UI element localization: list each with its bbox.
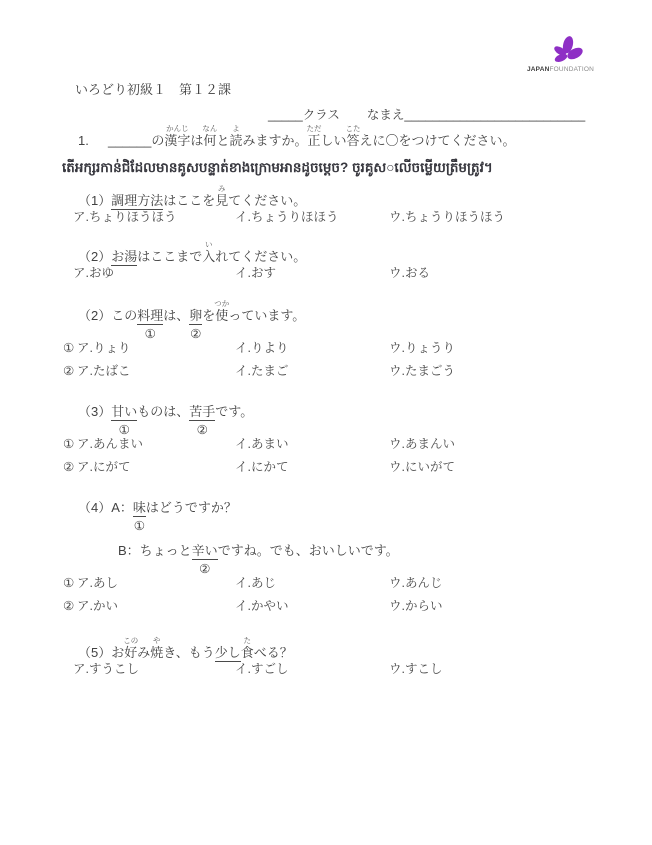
text-segment: （2） (78, 249, 111, 264)
option-choice: ウ.ちょうりほうほう (389, 209, 590, 225)
furigana: や (153, 637, 161, 645)
underlined-term: 卵② (189, 308, 202, 325)
text-segment: です。 (215, 404, 253, 419)
text-segment: 使つか (215, 308, 228, 323)
underlined-term: 苦手② (189, 404, 215, 421)
option-choice: ア.りょり (77, 340, 235, 356)
text-segment: （1） (78, 193, 111, 208)
text-segment: ものは、 (137, 404, 189, 419)
furigana: ただ (306, 125, 321, 133)
name-label: なまえ (367, 108, 405, 122)
option-choice: イ.すごし (235, 661, 389, 677)
questions-container: （1）調理方法はここを見みてください。ア.ちょりほうほうイ.ちょうりほほうウ.ち… (62, 182, 590, 677)
text-segment: はどうですか？ (146, 500, 237, 515)
question-line: （4）A：味①はどうですか？ (78, 489, 590, 532)
text-segment: 焼や (150, 645, 163, 660)
question-line: （3）甘い①ものは、苦手②です。 (78, 393, 590, 436)
option-choice: ウ.にいがて (389, 459, 590, 475)
underlined-term: 調理方法 (111, 193, 163, 210)
khmer-instruction: តើអក្សរកាន់ជិដែលមានគូសបន្ទាត់ខាងក្រោមអាន… (62, 157, 590, 179)
text-segment: B：ちょっと (118, 543, 192, 558)
text-segment: 食た (241, 645, 254, 660)
option-choice: イ.かやい (235, 598, 389, 614)
question-line: （5）お好このみ焼やき、もう少し食たべる？ (78, 634, 590, 661)
option-row-marker: ② (63, 598, 77, 614)
furigana: い (205, 241, 213, 249)
text-segment: を (202, 308, 215, 323)
text-segment: 正ただ (307, 133, 320, 148)
text-segment: （2）この (78, 308, 137, 323)
underlined-term: 少し (215, 645, 241, 662)
text-segment: はここを (163, 193, 215, 208)
option-choice: ア.すうこし (73, 661, 235, 677)
term-marker: ② (190, 327, 201, 341)
option-choice: ウ.からい (389, 598, 590, 614)
question-section: （2）お湯はここまで入いれてください。ア.おゆイ.おすウ.おる (62, 238, 590, 281)
option-row: ②ア.たばこイ.たまごウ.たまごう (73, 363, 590, 379)
option-row: ②ア.かいイ.かやいウ.からい (73, 598, 590, 614)
option-choice: ア.にがて (77, 459, 235, 475)
text-segment: は、 (163, 308, 189, 323)
underlined-term: お湯 (111, 249, 137, 266)
document-title: いろどり初級１ 第１２課 (75, 82, 590, 97)
term-marker: ② (197, 423, 208, 437)
option-choice: ア.おゆ (73, 265, 235, 281)
japan-foundation-logo-icon (552, 36, 584, 64)
question-line: （1）調理方法はここを見みてください。 (78, 182, 590, 209)
text-segment: はここまで (137, 249, 202, 264)
question-line: （2）この料理①は、卵②を使つかっています。 (78, 297, 590, 340)
japan-foundation-logo: JAPANFOUNDATION (520, 36, 594, 73)
text-segment: （4）A： (78, 500, 133, 515)
term-marker: ① (145, 327, 156, 341)
text-segment: 読よ (229, 133, 242, 148)
option-row: ①ア.あんまいイ.あまいウ.あまんい (73, 436, 590, 452)
furigana: つか (214, 300, 229, 308)
option-row-marker: ② (63, 363, 77, 379)
text-segment: と (216, 133, 229, 148)
option-choice: ア.ちょりほうほう (73, 209, 235, 225)
option-choice: ウ.おる (389, 265, 590, 281)
underlined-term: 味① (133, 500, 146, 517)
question-section: （2）この料理①は、卵②を使つかっています。①ア.りょりイ.りよりウ.りょうり②… (62, 297, 590, 379)
question-section: （4）A：味①はどうですか？B：ちょっと辛い②ですね。でも、おいしいです。①ア.… (62, 489, 590, 614)
class-name-line: _____クラスなまえ__________________________ (268, 108, 590, 122)
text-segment: てください。 (228, 193, 306, 208)
option-row: ア.すうこしイ.すごしウ.すこし (73, 661, 590, 677)
option-choice: ア.あんまい (77, 436, 235, 452)
option-row: ア.おゆイ.おすウ.おる (73, 265, 590, 281)
text-segment: （3） (78, 404, 111, 419)
option-row-marker: ② (63, 459, 77, 475)
option-row-marker: ① (63, 436, 77, 452)
brand-text: JAPANFOUNDATION (520, 66, 594, 73)
furigana: こた (346, 125, 361, 133)
question-section: （1）調理方法はここを見みてください。ア.ちょりほうほうイ.ちょうりほほうウ.ち… (62, 182, 590, 225)
brand-text-foundation: FOUNDATION (550, 66, 595, 73)
text-segment: ______の (108, 133, 164, 148)
furigana: なん (202, 125, 217, 133)
term-marker: ① (134, 519, 145, 533)
option-choice: ア.たばこ (77, 363, 235, 379)
text-segment: き、もう (163, 645, 214, 660)
option-row: ①ア.あしイ.あじウ.あんじ (73, 575, 590, 591)
underlined-term: 辛い② (192, 543, 218, 560)
name-blank: __________________________ (404, 108, 585, 122)
class-blank: _____ (268, 108, 303, 122)
question-line: B：ちょっと辛い②ですね。でも、おいしいです。 (118, 532, 590, 575)
option-choice: イ.たまご (235, 363, 389, 379)
text-segment: えに〇をつけてください。 (360, 133, 516, 148)
text-segment: しい (321, 133, 347, 148)
option-choice: イ.あまい (235, 436, 389, 452)
text-segment: は (190, 133, 203, 148)
option-row-marker: ① (63, 340, 77, 356)
text-segment: ですね。でも、おいしいです。 (218, 543, 399, 558)
option-row-marker: ① (63, 575, 77, 591)
text-segment: 何なん (203, 133, 216, 148)
term-marker: ② (199, 562, 210, 576)
text-segment: べる？ (254, 645, 293, 660)
text-segment: みますか。 (242, 133, 307, 148)
option-choice: ウ.あんじ (389, 575, 590, 591)
furigana: この (123, 637, 138, 645)
text-segment: み (137, 645, 150, 660)
text-segment: 入い (202, 249, 215, 264)
underlined-term: 料理① (137, 308, 163, 325)
option-choice: ウ.たまごう (389, 363, 590, 379)
text-segment: 答こた (347, 133, 360, 148)
text-segment: っています。 (228, 308, 305, 323)
furigana: み (218, 185, 226, 193)
exercise-number: 1. (78, 132, 108, 149)
option-row: ア.ちょりほうほうイ.ちょうりほほうウ.ちょうりほうほう (73, 209, 590, 225)
option-choice: ウ.りょうり (389, 340, 590, 356)
furigana: かんじ (166, 125, 189, 133)
underlined-term: 甘い① (111, 404, 137, 421)
question-line: （2）お湯はここまで入いれてください。 (78, 238, 590, 265)
option-row: ②ア.にがてイ.にかてウ.にいがて (73, 459, 590, 475)
option-row: ①ア.りょりイ.りよりウ.りょうり (73, 340, 590, 356)
option-choice: イ.りより (235, 340, 389, 356)
instruction-text: ______の漢字かんじは何なんと読よみますか。正ただしい答こたえに〇をつけてく… (108, 133, 516, 148)
option-choice: ウ.あまんい (389, 436, 590, 452)
option-choice: イ.にかて (235, 459, 389, 475)
question-section: （3）甘い①ものは、苦手②です。①ア.あんまいイ.あまいウ.あまんい②ア.にがて… (62, 393, 590, 475)
option-choice: ア.かい (77, 598, 235, 614)
text-segment: （5）お (78, 645, 124, 660)
furigana: た (244, 637, 252, 645)
term-marker: ① (119, 423, 130, 437)
brand-text-japan: JAPAN (527, 66, 550, 73)
instruction-line: 1.______の漢字かんじは何なんと読よみますか。正ただしい答こたえに〇をつけ… (78, 122, 590, 149)
option-choice: イ.あじ (235, 575, 389, 591)
furigana: よ (232, 125, 240, 133)
option-choice: イ.ちょうりほほう (235, 209, 389, 225)
text-segment: 好この (124, 645, 137, 660)
option-choice: ア.あし (77, 575, 235, 591)
text-segment: れてください。 (215, 249, 306, 264)
option-choice: イ.おす (235, 265, 389, 281)
question-section: （5）お好このみ焼やき、もう少し食たべる？ア.すうこしイ.すごしウ.すこし (62, 634, 590, 677)
text-segment: 漢字かんじ (164, 133, 190, 148)
class-label: クラス (303, 108, 340, 122)
worksheet-page: JAPANFOUNDATION いろどり初級１ 第１２課 _____クラスなまえ… (0, 0, 652, 845)
option-choice: ウ.すこし (389, 661, 590, 677)
text-segment: 見み (215, 193, 228, 208)
